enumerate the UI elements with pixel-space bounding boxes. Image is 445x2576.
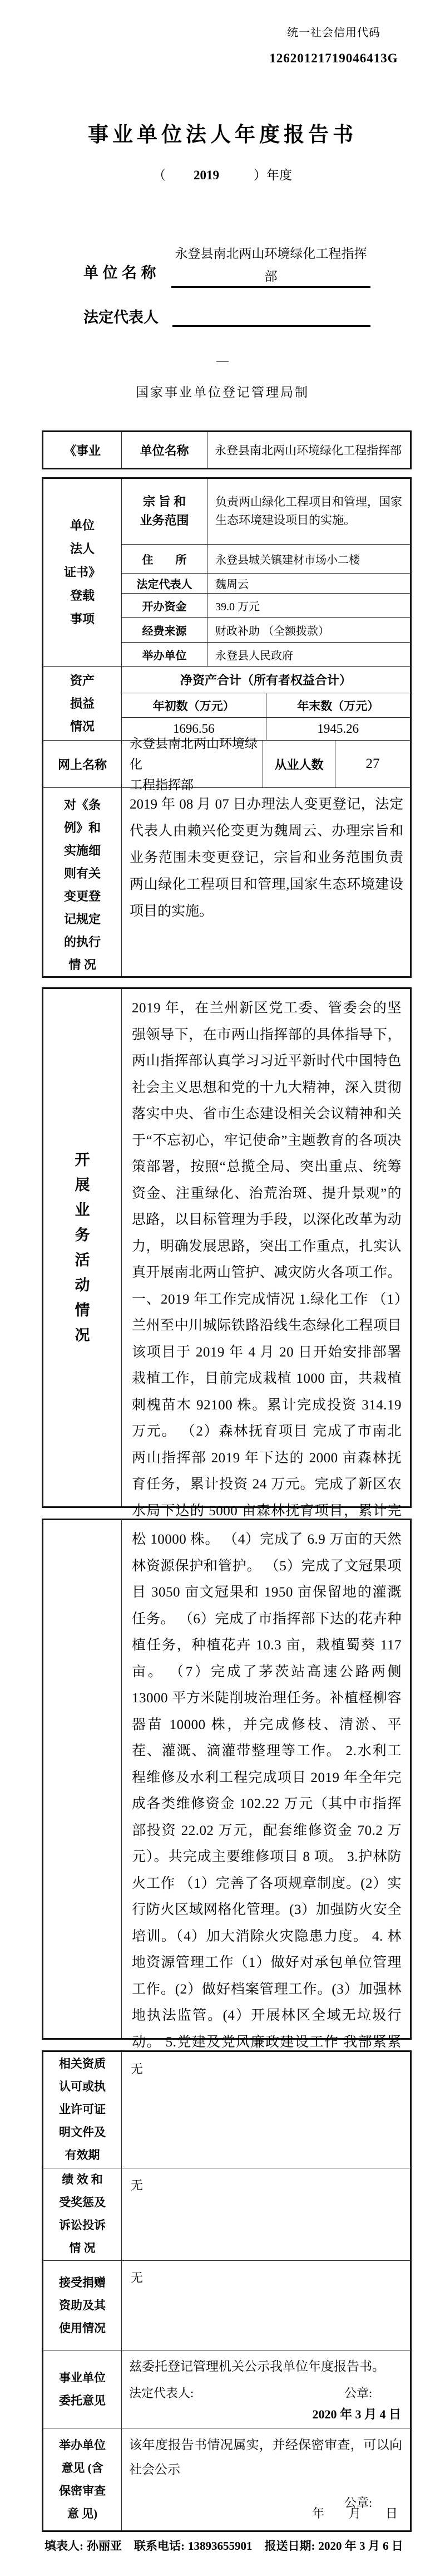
net-assets-header: 净资产合计（所有者权益合计） xyxy=(122,667,410,693)
legal-rep-underline xyxy=(172,325,370,327)
performance-label: 绩 效 和 受奖惩及 诉讼投诉 情 况 xyxy=(43,2168,122,2261)
entrust-statement: 兹委托登记管理机关公示我单位年度报告书。 xyxy=(129,2356,410,2374)
report-year: 2019 xyxy=(194,168,219,182)
legal-rep-row-value: 魏周云 xyxy=(207,574,410,593)
sponsor-opinion-row: 举办单位 意见 (含 保密审查 意 见) 该年度报告书情况属实，并经保密审查，可… xyxy=(43,2428,410,2530)
activities-text-part1: 2019 年，在兰州新区党工委、管委会的坚强领导下，在市两山指挥部的具体指导下，… xyxy=(122,989,410,1506)
staff-count-value: 27 xyxy=(335,741,410,787)
entrust-seal-label: 公章: xyxy=(344,2384,372,2401)
address-row: 住 所 永登县城关镇建材市场小二楼 xyxy=(122,545,410,574)
staff-count-label: 从业人数 xyxy=(263,741,335,787)
activities-side-label-empty xyxy=(43,1520,122,2038)
online-name-value: 永登县南北两山环境绿化 工程指挥部 xyxy=(122,741,263,787)
performance-row: 绩 效 和 受奖惩及 诉讼投诉 情 况 无 xyxy=(43,2168,410,2261)
address-value: 永登县城关镇建材市场小二楼 xyxy=(207,545,410,574)
online-name-row: 网上名称 永登县南北两山环境绿化 工程指挥部 从业人数 27 xyxy=(43,741,410,788)
year-end-value: 1945.26 xyxy=(266,718,411,740)
credit-code-label: 统一社会信用代码 xyxy=(245,23,423,40)
annual-report-document: 统一社会信用代码 12620121719046413G 事业单位法人年度报告书 … xyxy=(0,0,445,2576)
credit-code-value: 12620121719046413G xyxy=(245,51,423,66)
entrust-content: 兹委托登记管理机关公示我单位年度报告书。 法定代表人: 公章: 2020 年 3… xyxy=(122,2350,410,2428)
page-title: 事业单位法人年度报告书 xyxy=(0,117,445,148)
submit-date-value: 2020 年 3 月 6 日 xyxy=(319,2539,403,2553)
cert-strip-side-label: 《事业 xyxy=(43,432,122,468)
capital-value: 39.0 万元 xyxy=(207,594,410,617)
address-label: 住 所 xyxy=(122,545,207,574)
registration-items-group: 单位 法人 证书》 登载 事项 宗 旨 和 业务范围 负责两山绿化工程项目和管理… xyxy=(43,479,410,667)
registration-side-label: 单位 法人 证书》 登载 事项 xyxy=(43,479,122,666)
cert-strip-field-label: 单位名称 xyxy=(122,432,207,468)
sponsor-date-blank: 年 月 日 xyxy=(312,2501,398,2526)
unit-name-label: 单 位 名 称 xyxy=(83,261,171,282)
filler-name: 孙丽亚 xyxy=(87,2539,122,2553)
purpose-label: 宗 旨 和 业务范围 xyxy=(122,479,207,544)
phone-value: 13893655901 xyxy=(188,2539,253,2553)
capital-label: 开办资金 xyxy=(122,594,207,617)
year-end-col-header: 年末数（万元） xyxy=(266,693,411,717)
donations-row: 接受捐赠 资助及其 使用情况 无 xyxy=(43,2261,410,2350)
sponsor-opinion-statement: 该年度报告书情况属实，并经保密审查，可以向社会公示 xyxy=(129,2433,402,2482)
compliance-row: 对《条 例》和 实施细 则有关 变更登 记规定 的执行 情 况 2019 年 0… xyxy=(43,788,410,976)
funding-label: 经费来源 xyxy=(122,618,207,642)
qualifications-value: 无 xyxy=(122,2052,410,2168)
sponsor-value: 永登县人民政府 xyxy=(207,643,410,666)
activities-table-part2: 松 10000 株。 （4）完成了 6.9 万亩的天然林资源保护和管护。 （5）… xyxy=(42,1519,412,2040)
legal-rep-row: 法定代表人 魏周云 xyxy=(122,574,410,594)
performance-value: 无 xyxy=(122,2168,410,2261)
divider-dash: — xyxy=(0,353,445,368)
funding-value: 财政补助 （全额拨款） xyxy=(207,618,410,642)
sponsor-label: 举办单位 xyxy=(122,643,207,666)
unit-name-underline xyxy=(171,286,370,288)
capital-row: 开办资金 39.0 万元 xyxy=(122,594,410,618)
cert-strip-field-value: 永登县南北两山环境绿化工程指挥部 xyxy=(207,432,410,468)
entrust-date: 2020 年 3 月 4 日 xyxy=(312,2405,401,2422)
legal-rep-row-label: 法定代表人 xyxy=(122,574,207,593)
funding-row: 经费来源 财政补助 （全额拨款） xyxy=(122,618,410,643)
entrust-legal-rep-label: 法定代表人: xyxy=(129,2386,194,2400)
unit-name-value-line1: 永登县南北两山环境绿化工程指挥 xyxy=(171,243,370,262)
unit-name-value-line2: 部 xyxy=(171,266,370,285)
year-start-col-header: 年初数（万元） xyxy=(122,693,266,717)
purpose-row: 宗 旨 和 业务范围 负责两山绿化工程项目和管理，国家生态环境建设项目的实施。 xyxy=(122,479,410,545)
purpose-value: 负责两山绿化工程项目和管理，国家生态环境建设项目的实施。 xyxy=(207,479,410,544)
cert-strip-table: 《事业 单位名称 永登县南北两山环境绿化工程指挥部 xyxy=(42,430,412,469)
registration-table: 单位 法人 证书》 登载 事项 宗 旨 和 业务范围 负责两山绿化工程项目和管理… xyxy=(42,477,412,978)
entrust-opinion-row: 事业单位 委托意见 兹委托登记管理机关公示我单位年度报告书。 法定代表人: 公章… xyxy=(43,2350,410,2428)
credit-code-block: 统一社会信用代码 12620121719046413G xyxy=(245,23,423,66)
sponsor-opinion-label: 举办单位 意见 (含 保密审查 意 见) xyxy=(43,2428,122,2530)
submit-date-label: 报送日期: xyxy=(265,2539,315,2553)
activities-side-label: 开 展 业 务 活 动 情 况 xyxy=(43,989,122,1506)
qualifications-label: 相关资质 认可或执 业许可证 明文件及 有效期 xyxy=(43,2052,122,2168)
donations-value: 无 xyxy=(122,2261,410,2350)
compliance-side-label: 对《条 例》和 实施细 则有关 变更登 记规定 的执行 情 况 xyxy=(43,788,122,976)
filler-label: 填表人: xyxy=(44,2539,83,2553)
assets-group: 资产 损益 情况 净资产合计（所有者权益合计） 年初数（万元） 年末数（万元） … xyxy=(43,667,410,741)
activities-table-part1: 开 展 业 务 活 动 情 况 2019 年，在兰州新区党工委、管委会的坚强领导… xyxy=(42,987,412,1508)
issuer-line: 国家事业单位登记管理局制 xyxy=(0,382,445,400)
donations-label: 接受捐赠 资助及其 使用情况 xyxy=(43,2261,122,2350)
year-paren-close: ）年度 xyxy=(254,168,292,182)
qualifications-row: 相关资质 认可或执 业许可证 明文件及 有效期 无 xyxy=(43,2052,410,2168)
legal-rep-label: 法定代表人 xyxy=(83,305,171,327)
phone-label: 联系电话: xyxy=(134,2539,185,2553)
online-name-label: 网上名称 xyxy=(43,741,122,787)
footer-line: 填表人:孙丽亚联系电话:13893655901报送日期:2020 年 3 月 6… xyxy=(44,2537,423,2554)
year-paren-open: （ xyxy=(153,168,166,182)
opinions-table: 相关资质 认可或执 业许可证 明文件及 有效期 无 绩 效 和 受奖惩及 诉讼投… xyxy=(42,2050,412,2532)
sponsor-opinion-content: 该年度报告书情况属实，并经保密审查，可以向社会公示 公章: 年 月 日 xyxy=(122,2428,410,2530)
sponsor-row: 举办单位 永登县人民政府 xyxy=(122,643,410,666)
assets-side-label: 资产 损益 情况 xyxy=(43,667,122,740)
entrust-label: 事业单位 委托意见 xyxy=(43,2350,122,2428)
compliance-value: 2019 年 08 月 07 日办理法人变更登记，法定代表人由赖兴伦变更为魏周云… xyxy=(122,788,410,976)
report-year-line: （2019）年度 xyxy=(0,165,445,183)
activities-text-part2: 松 10000 株。 （4）完成了 6.9 万亩的天然林资源保护和管护。 （5）… xyxy=(122,1520,410,2038)
